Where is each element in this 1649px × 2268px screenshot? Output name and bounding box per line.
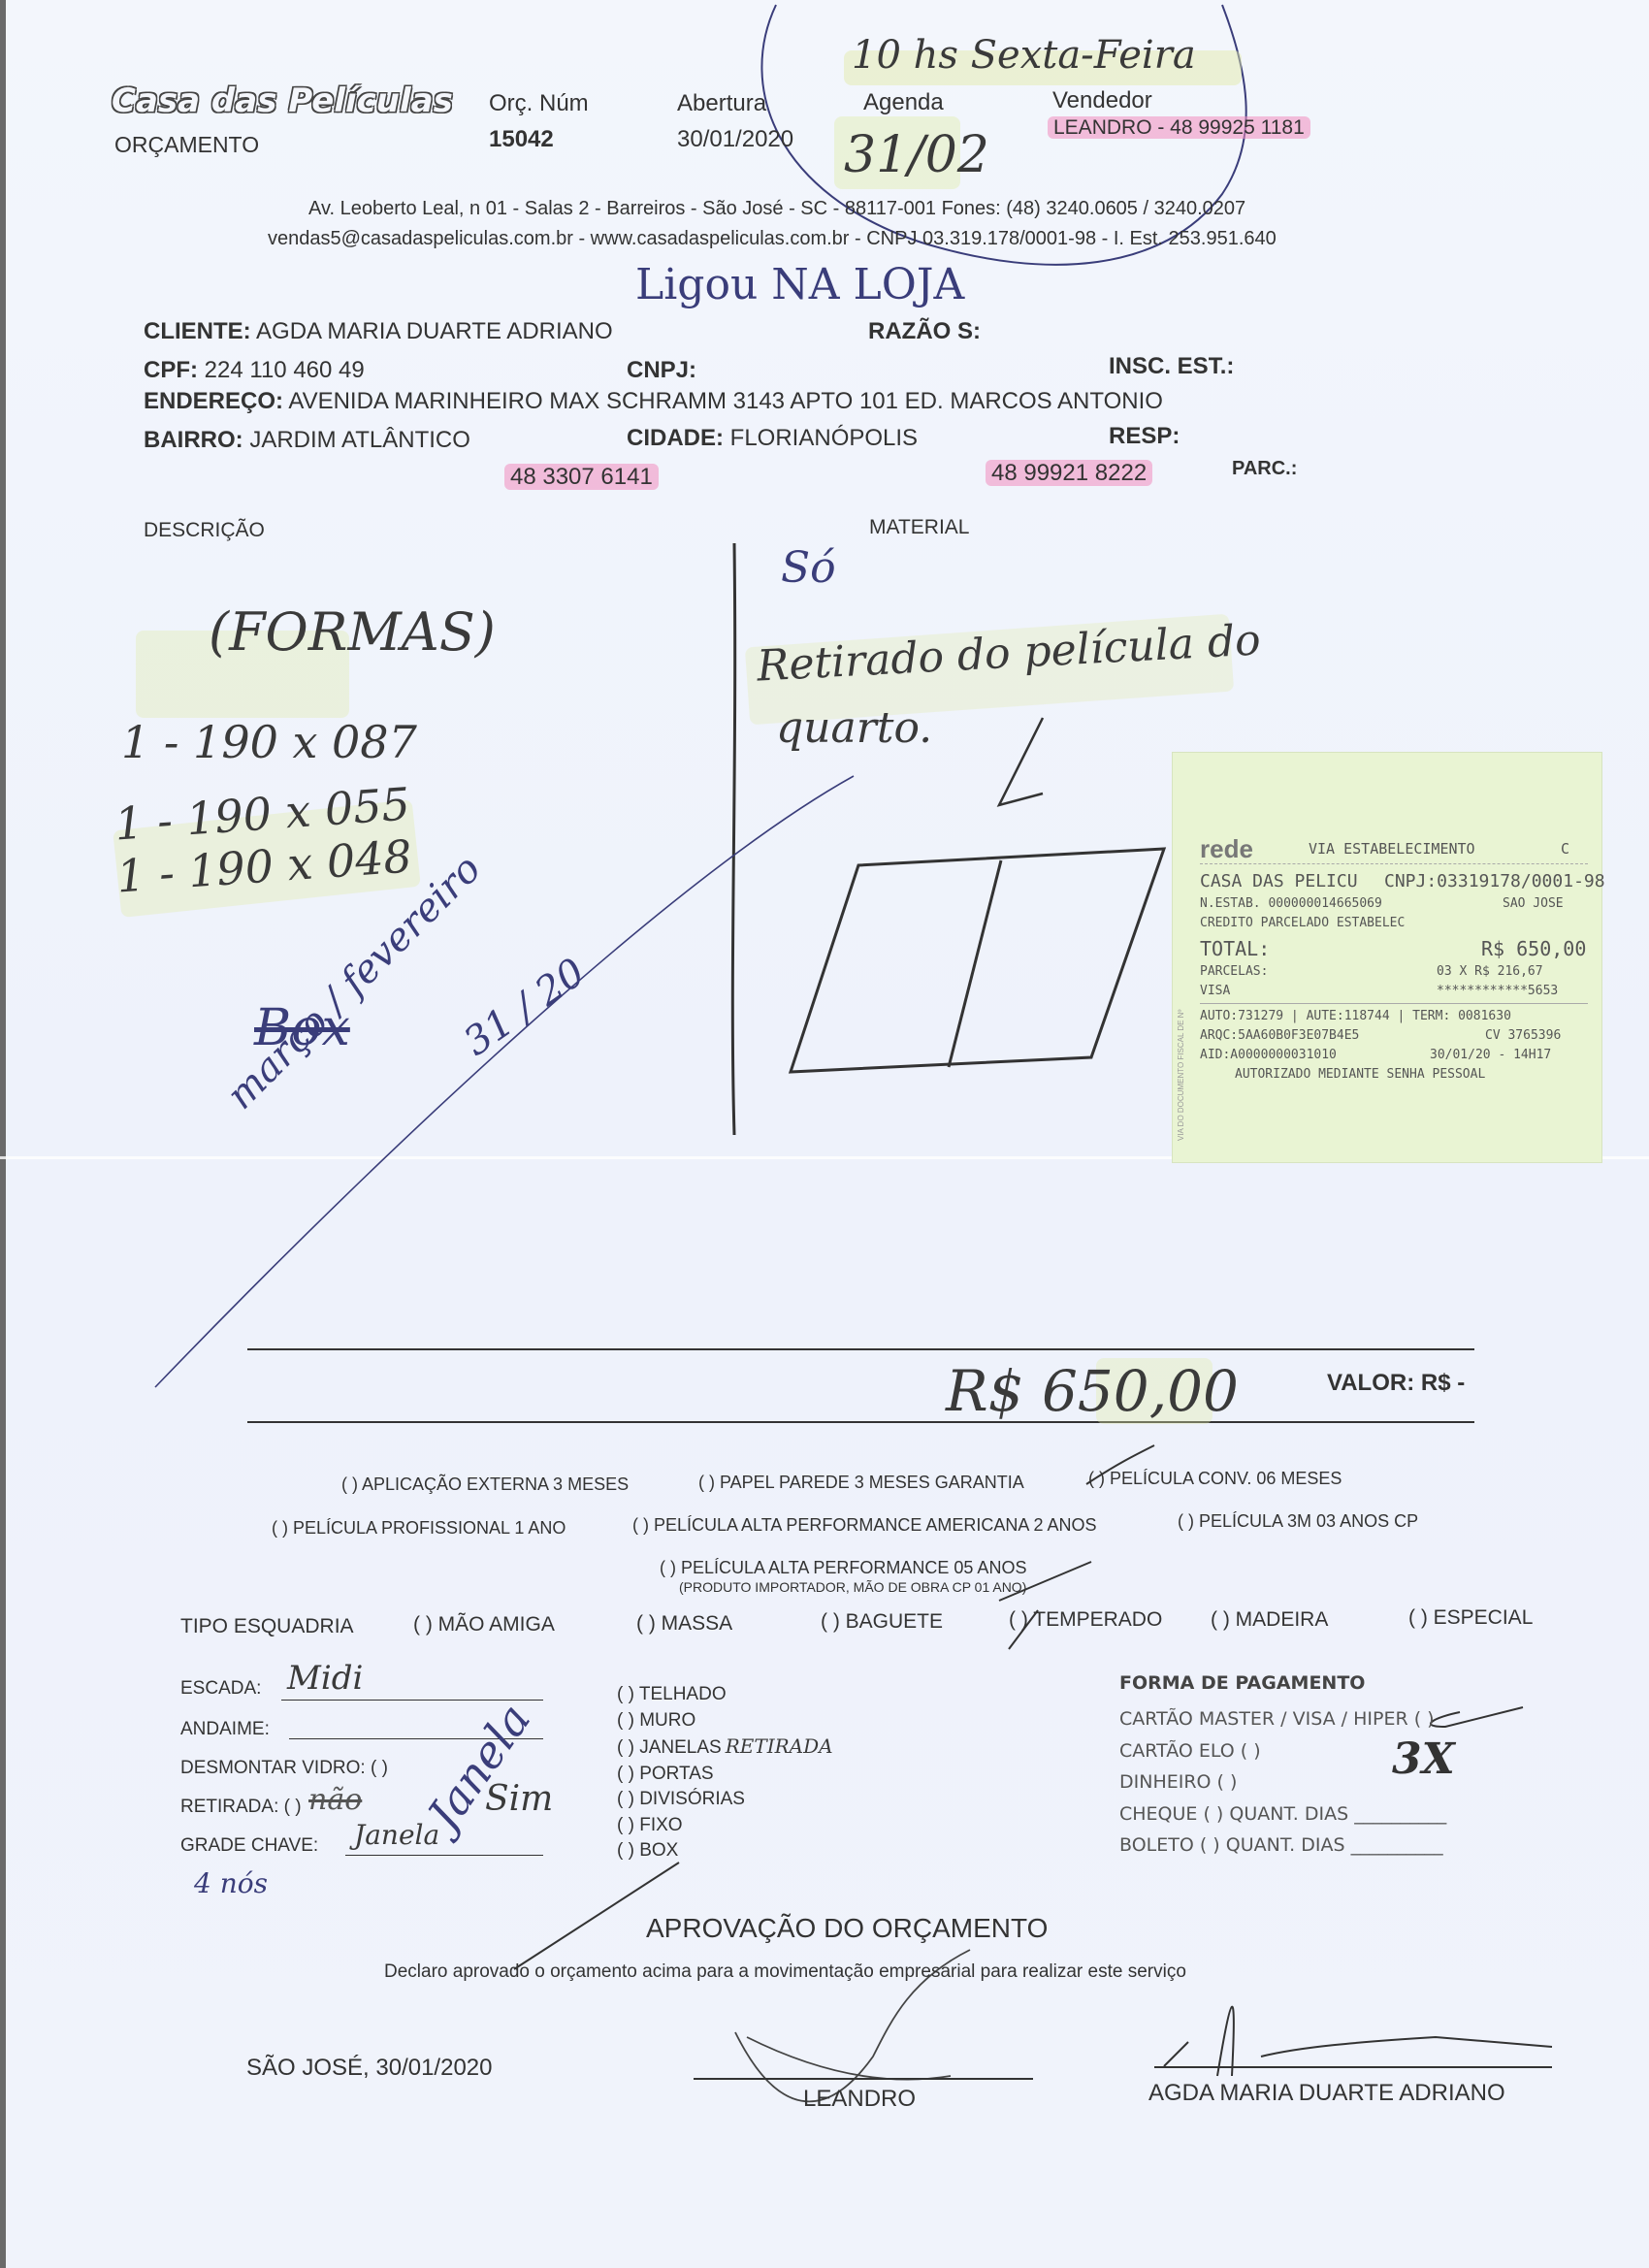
esquadria-mao-amiga[interactable]: ( ) MÃO AMIGA [413, 1613, 555, 1636]
receipt-aid: AID:A0000000031010 [1200, 1048, 1337, 1062]
document-type: ORÇAMENTO [114, 132, 259, 158]
desmontar-vidro-label[interactable]: DESMONTAR VIDRO: ( ) [180, 1758, 388, 1779]
approval-declaration: Declaro aprovado o orçamento acima para … [384, 1961, 1186, 1983]
payment-boleto[interactable]: BOLETO ( ) QUANT. DIAS __________ [1119, 1830, 1446, 1862]
opening-date-value: 30/01/2020 [677, 126, 793, 153]
side-note: 4 nós [194, 1867, 268, 1899]
quote-number-label: Orç. Núm [489, 90, 589, 117]
item-1: 1 - 190 x 087 [121, 716, 417, 768]
opening-date-label: Abertura [677, 90, 766, 117]
address-row: ENDEREÇO: AVENIDA MARINHEIRO MAX SCHRAMM… [144, 388, 1163, 415]
client-signature-name: AGDA MARIA DUARTE ADRIANO [1148, 2080, 1505, 2107]
phone-2: 48 99921 8222 [986, 460, 1152, 487]
city-row: CIDADE: FLORIANÓPOLIS [627, 425, 918, 452]
schedule-label: Agenda [863, 89, 944, 116]
option-papel-parede[interactable]: ( ) PAPEL PAREDE 3 MESES GARANTIA [698, 1473, 1024, 1493]
cpf-value: 224 110 460 49 [205, 357, 365, 383]
material-note-line2: quarto. [776, 703, 932, 753]
handwritten-time-note: 10 hs Sexta-Feira [852, 33, 1196, 78]
seller-label: Vendedor [1052, 87, 1152, 114]
retirada-struck: não [308, 1783, 362, 1817]
grade-chave-label: GRADE CHAVE: [180, 1835, 318, 1857]
option-aplicacao-externa[interactable]: ( ) APLICAÇÃO EXTERNA 3 MESES [341, 1474, 629, 1495]
value-line-top [247, 1348, 1474, 1350]
receipt-cv: CV 3765396 [1485, 1028, 1561, 1043]
receipt-arqc: ARQC:5AA60B0F3E07B4E5 [1200, 1028, 1359, 1043]
receipt-parcelas-label: PARCELAS: [1200, 964, 1268, 979]
installments-note: 3X [1392, 1734, 1455, 1784]
schedule-value: 31/02 [844, 126, 989, 184]
razao-social-label: RAZÃO S: [868, 318, 981, 345]
receipt-total-value: R$ 650,00 [1481, 937, 1586, 960]
neighborhood-row: BAIRRO: JARDIM ATLÂNTICO [144, 427, 470, 454]
receipt-corner: C [1561, 840, 1569, 858]
option-note-importador: (PRODUTO IMPORTADOR, MÃO DE OBRA CP 01 A… [679, 1579, 1026, 1595]
option-pelicula-3m[interactable]: ( ) PELÍCULA 3M 03 ANOS CP [1178, 1511, 1418, 1532]
option-alta-performance-americana[interactable]: ( ) PELÍCULA ALTA PERFORMANCE AMERICANA … [632, 1515, 1096, 1536]
quote-number-value: 15042 [489, 126, 554, 153]
receipt-card-brand: VISA [1200, 984, 1230, 998]
approval-title: APROVAÇÃO DO ORÇAMENTO [646, 1913, 1048, 1944]
receipt-merchant: CASA DAS PELICU [1200, 871, 1358, 891]
material-label: MATERIAL [869, 516, 969, 539]
receipt-total-label: TOTAL: [1200, 937, 1270, 960]
local-divisorias[interactable]: ( ) DIVISÓRIAS [617, 1787, 833, 1813]
handwritten-called-note: Ligou NA LOJA [635, 260, 964, 309]
description-label: DESCRIÇÃO [144, 519, 265, 542]
client-name: AGDA MARIA DUARTE ADRIANO [256, 318, 613, 344]
receipt-card-number: ************5653 [1437, 984, 1558, 998]
local-fixo[interactable]: ( ) FIXO [617, 1813, 833, 1839]
seller-value: LEANDRO - 48 99925 1181 [1048, 116, 1310, 140]
formas-note: (FORMAS) [209, 601, 496, 663]
locais-list: ( ) TELHADO ( ) MURO ( ) JANELASRETIRADA… [617, 1682, 833, 1864]
grade-chave-value[interactable]: Janela [354, 1819, 439, 1851]
andaime-label: ANDAIME: [180, 1719, 270, 1740]
option-pelicula-profissional[interactable]: ( ) PELÍCULA PROFISSIONAL 1 ANO [272, 1518, 566, 1539]
seller-signature-name: LEANDRO [803, 2086, 916, 2113]
local-portas[interactable]: ( ) PORTAS [617, 1762, 833, 1788]
insc-est-label: INSC. EST.: [1109, 353, 1234, 380]
receipt-type: CREDITO PARCELADO ESTABELEC [1200, 916, 1405, 930]
escada-value[interactable]: Midi [287, 1659, 363, 1698]
receipt-city: SAO JOSE [1503, 896, 1564, 911]
payment-title: FORMA DE PAGAMENTO [1119, 1672, 1365, 1694]
client-signature-line [1154, 2066, 1552, 2068]
cpf-row: CPF: 224 110 460 49 [144, 357, 365, 384]
esquadria-temperado[interactable]: ( ) TEMPERADO [1009, 1608, 1162, 1632]
option-alta-performance-05[interactable]: ( ) PELÍCULA ALTA PERFORMANCE 05 ANOS [660, 1558, 1026, 1578]
address-value: AVENIDA MARINHEIRO MAX SCHRAMM 3143 APTO… [288, 388, 1163, 414]
payment-check[interactable]: CHEQUE ( ) QUANT. DIAS __________ [1119, 1798, 1446, 1831]
esquadria-especial[interactable]: ( ) ESPECIAL [1408, 1606, 1533, 1630]
local-janelas[interactable]: ( ) JANELASRETIRADA [617, 1733, 833, 1762]
parc-label: PARC.: [1232, 458, 1297, 480]
place-date: SÃO JOSÉ, 30/01/2020 [246, 2055, 493, 2082]
esquadria-massa[interactable]: ( ) MASSA [636, 1612, 732, 1636]
neighborhood-value: JARDIM ATLÂNTICO [249, 427, 470, 453]
quote-document: Casa das Películas ORÇAMENTO Orç. Núm 15… [0, 0, 1649, 2268]
material-note-only: Só [781, 543, 836, 593]
retirada-label[interactable]: RETIRADA: ( ) [180, 1797, 302, 1818]
escada-label: ESCADA: [180, 1678, 261, 1700]
esquadria-madeira[interactable]: ( ) MADEIRA [1211, 1608, 1328, 1632]
cnpj-label: CNPJ: [627, 357, 696, 384]
receipt-parcelas-value: 03 X R$ 216,67 [1437, 964, 1543, 979]
value-label: VALOR: R$ - [1327, 1370, 1465, 1397]
receipt-cnpj: CNPJ:03319178/0001-98 [1384, 871, 1605, 891]
client-name-row: CLIENTE: AGDA MARIA DUARTE ADRIANO [144, 318, 613, 345]
receipt-estab: N.ESTAB. 000000014665069 [1200, 896, 1382, 911]
value-line-bottom [247, 1421, 1474, 1423]
receipt-footer: AUTORIZADO MEDIANTE SENHA PESSOAL [1235, 1067, 1485, 1082]
local-telhado[interactable]: ( ) TELHADO [617, 1682, 833, 1708]
local-box[interactable]: ( ) BOX [617, 1838, 833, 1864]
company-contact: vendas5@casadaspeliculas.com.br - www.ca… [268, 228, 1277, 250]
company-logo: Casa das Películas [112, 81, 453, 120]
option-pelicula-conv[interactable]: ( ) PELÍCULA CONV. 06 MESES [1088, 1469, 1342, 1489]
resp-label: RESP: [1109, 423, 1180, 450]
company-address: Av. Leoberto Leal, n 01 - Salas 2 - Barr… [308, 198, 1245, 220]
receipt-via: VIA ESTABELECIMENTO [1309, 840, 1475, 858]
esquadria-label: TIPO ESQUADRIA [180, 1615, 354, 1638]
esquadria-baguete[interactable]: ( ) BAGUETE [821, 1610, 943, 1634]
seller-signature-line [694, 2078, 1033, 2080]
receipt-side-text: VIA DO DOCUMENTO FISCAL DE Nº [1177, 772, 1196, 1141]
payment-card-master-visa[interactable]: CARTÃO MASTER / VISA / HIPER ( ) [1119, 1703, 1446, 1735]
phone-1: 48 3307 6141 [504, 464, 659, 491]
local-muro[interactable]: ( ) MURO [617, 1708, 833, 1734]
receipt-brand: rede [1200, 834, 1253, 864]
city-value: FLORIANÓPOLIS [730, 425, 918, 451]
card-payment-receipt: VIA DO DOCUMENTO FISCAL DE Nº rede VIA E… [1172, 752, 1602, 1163]
receipt-auth: AUTO:731279 | AUTE:118744 | TERM: 008163… [1200, 1009, 1511, 1023]
receipt-datetime: 30/01/20 - 14H17 [1430, 1048, 1551, 1062]
value-handwritten: R$ 650,00 [946, 1358, 1239, 1424]
